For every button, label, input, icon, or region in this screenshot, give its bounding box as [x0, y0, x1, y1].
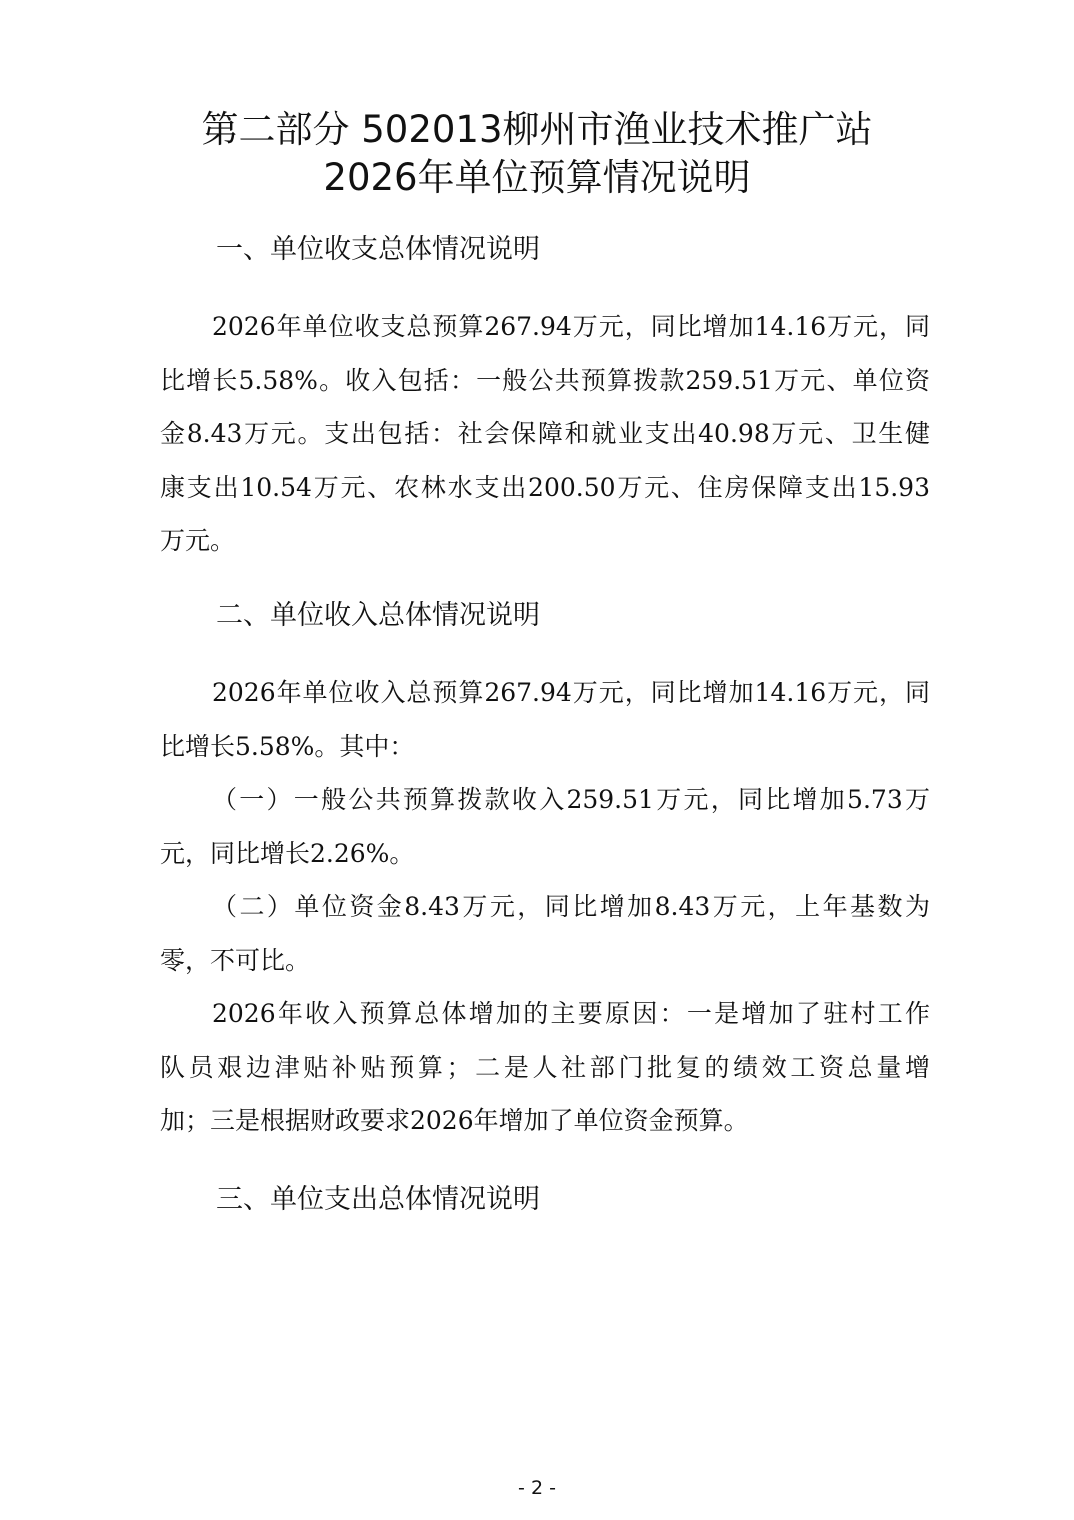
section-2-paragraph-3: （二）单位资金8.43万元，同比增加8.43万元，上年基数为 零，不可比。 — [160, 880, 930, 987]
section-1-paragraph-1: 2026年单位收支总预算267.94万元，同比增加14.16万元，同 比增长5.… — [160, 300, 930, 568]
paragraph-line: 加；三是根据财政要求2026年增加了单位资金预算。 — [160, 1094, 930, 1148]
section-2-paragraph-2: （一）一般公共预算拨款收入259.51万元，同比增加5.73万 元，同比增长2.… — [160, 773, 930, 880]
paragraph-line: 队员艰边津贴补贴预算；二是人社部门批复的绩效工资总量增 — [160, 1041, 930, 1095]
section-2-paragraph-1: 2026年单位收入总预算267.94万元，同比增加14.16万元，同 比增长5.… — [160, 666, 930, 773]
paragraph-line: 比增长5.58%。收入包括：一般公共预算拨款259.51万元、单位资 — [160, 354, 930, 408]
page-title-line-1: 第二部分 502013柳州市渔业技术推广站 — [0, 106, 1074, 154]
page-number: - 2 - — [0, 1476, 1074, 1500]
paragraph-line: 2026年单位收入总预算267.94万元，同比增加14.16万元，同 — [160, 666, 930, 720]
section-heading-3: 三、单位支出总体情况说明 — [216, 1182, 540, 1218]
page-title-line-2: 2026年单位预算情况说明 — [0, 154, 1074, 202]
paragraph-line: 比增长5.58%。其中： — [160, 720, 930, 774]
paragraph-line: 零，不可比。 — [160, 934, 930, 988]
page-title: 第二部分 502013柳州市渔业技术推广站 2026年单位预算情况说明 — [0, 106, 1074, 202]
section-heading-2: 二、单位收入总体情况说明 — [216, 598, 540, 634]
paragraph-line: 金8.43万元。支出包括：社会保障和就业支出40.98万元、卫生健 — [160, 407, 930, 461]
section-heading-1: 一、单位收支总体情况说明 — [216, 232, 540, 268]
section-2-paragraph-4: 2026年收入预算总体增加的主要原因：一是增加了驻村工作 队员艰边津贴补贴预算；… — [160, 987, 930, 1148]
paragraph-line: （一）一般公共预算拨款收入259.51万元，同比增加5.73万 — [160, 773, 930, 827]
paragraph-line: （二）单位资金8.43万元，同比增加8.43万元，上年基数为 — [160, 880, 930, 934]
paragraph-line: 2026年单位收支总预算267.94万元，同比增加14.16万元，同 — [160, 300, 930, 354]
paragraph-line: 元，同比增长2.26%。 — [160, 827, 930, 881]
paragraph-line: 2026年收入预算总体增加的主要原因：一是增加了驻村工作 — [160, 987, 930, 1041]
paragraph-line: 康支出10.54万元、农林水支出200.50万元、住房保障支出15.93 — [160, 461, 930, 515]
paragraph-line: 万元。 — [160, 514, 930, 568]
